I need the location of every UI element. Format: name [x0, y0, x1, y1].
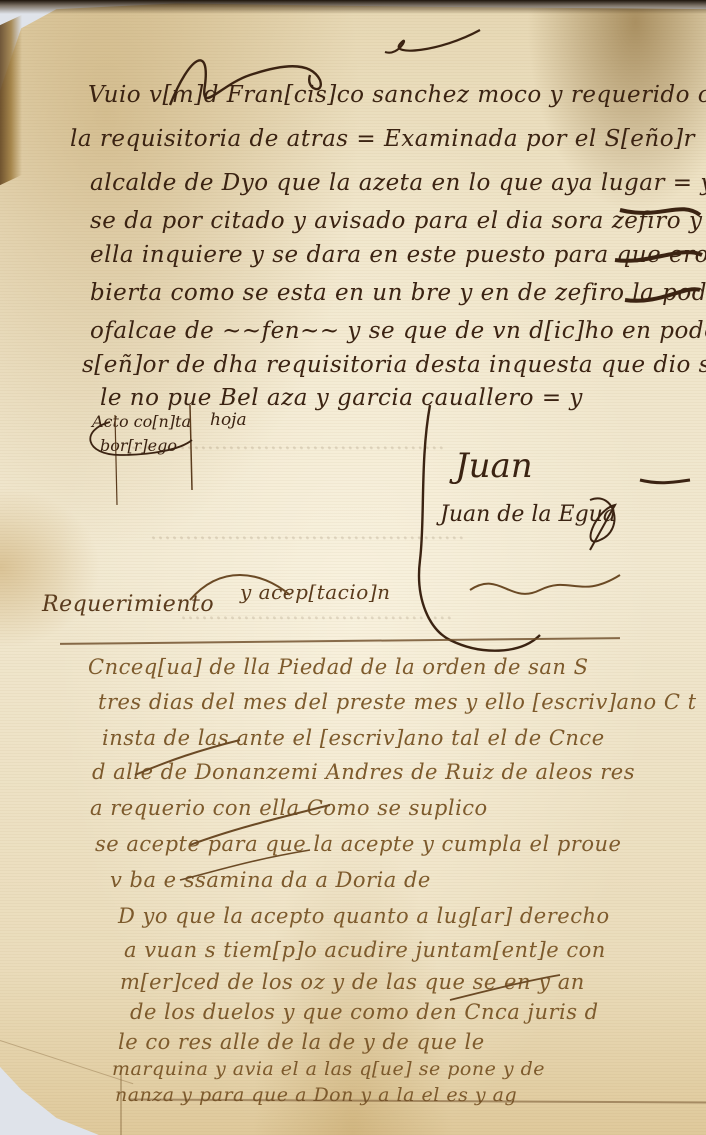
margin-flourish-icon [610, 190, 706, 320]
heading-flourish-icon [180, 560, 650, 620]
torn-left-edge [0, 15, 22, 185]
signature-rubric: Juan [455, 446, 533, 486]
text-line: la requisitoria de atras = Examinada por… [70, 126, 695, 152]
signature-flourish-icon [400, 400, 700, 670]
manuscript-page: ........................................… [0, 0, 706, 1135]
text-line: s[eñ]or de dha requisitoria desta inques… [82, 352, 706, 378]
scan-top-shadow [0, 0, 706, 14]
text-line: nanza y para que a Don y a la el es y ag [115, 1084, 517, 1106]
strike-flourish-icon [130, 700, 610, 1080]
text-line: Cnceq[ua] de lla Piedad de la orden de s… [88, 655, 589, 679]
signature-name: Juan de la Egua [440, 502, 616, 527]
text-line: Vuio v[m]d Fran[cis]co sanchez moco y re… [88, 82, 706, 108]
header-flourish-icon [380, 22, 490, 62]
margin-bracket-icon [80, 400, 210, 510]
margin-note-line: hoja [210, 410, 247, 430]
text-line: ofalcae de ~~fen~~ y se que de vn d[ic]h… [90, 318, 706, 344]
